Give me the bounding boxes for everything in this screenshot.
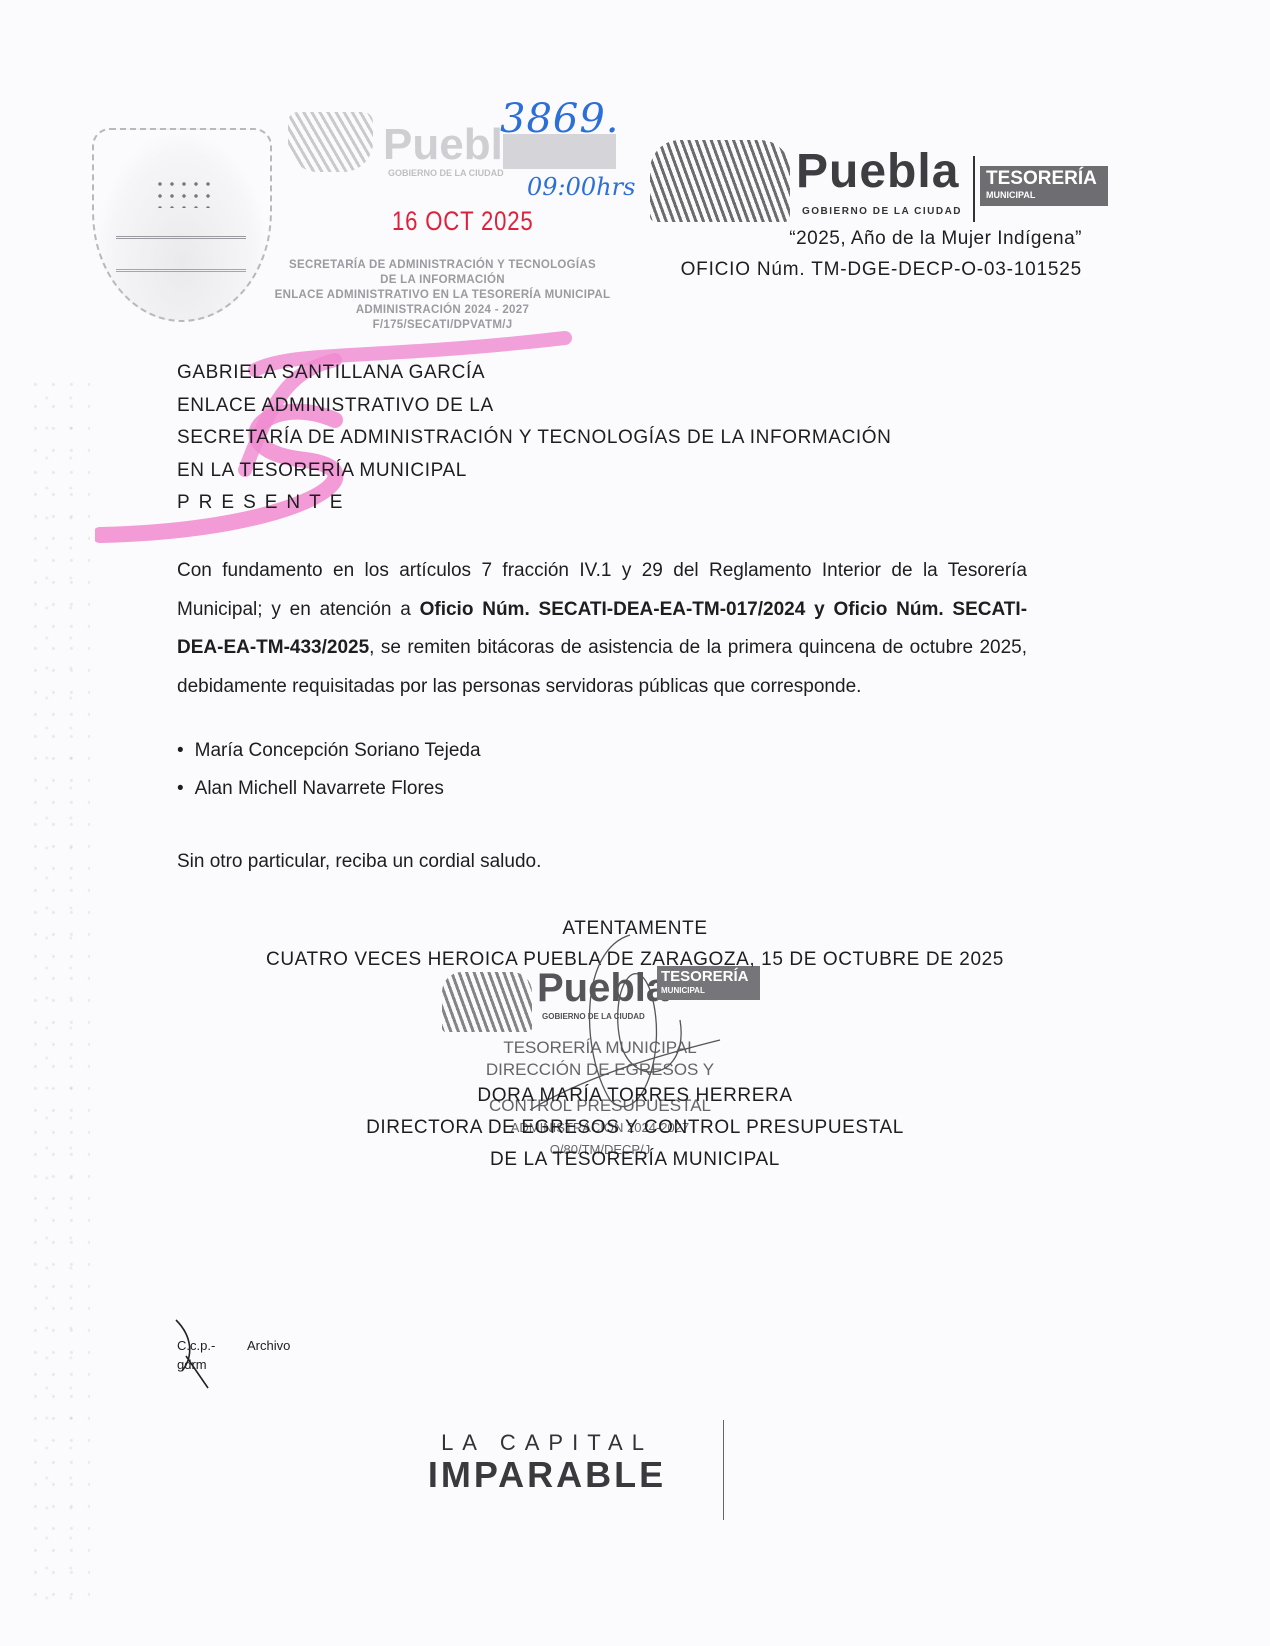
logo-subtitle: GOBIERNO DE LA CIUDAD <box>542 1012 645 1021</box>
signer-name: DORA MARÍA TORRES HERRERA <box>0 1080 1270 1112</box>
year-motto: “2025, Año de la Mujer Indígena” <box>700 228 1082 250</box>
atentamente-label: ATENTAMENTE <box>0 918 1270 940</box>
badge-title: TESORERÍA <box>986 168 1097 190</box>
body-paragraph: Con fundamento en los artículos 7 fracci… <box>177 552 1027 706</box>
closing-line: Sin otro particular, reciba un cordial s… <box>177 851 541 873</box>
addressee-name: GABRIELA SANTILLANA GARCÍA <box>177 357 892 390</box>
tesoreria-badge: TESORERÍA MUNICIPAL <box>657 966 760 1000</box>
logo-wordmark: Puebla <box>537 966 668 1011</box>
puebla-tesoreria-logo: Puebla GOBIERNO DE LA CIUDAD TESORERÍA M… <box>650 140 1110 230</box>
crest-waves <box>116 236 246 272</box>
city-crest-emblem <box>92 128 272 322</box>
addressee-block: GABRIELA SANTILLANA GARCÍA ENLACE ADMINI… <box>177 357 892 520</box>
signer-block: DORA MARÍA TORRES HERRERA DIRECTORA DE E… <box>0 1080 1270 1176</box>
list-item: María Concepción Soriano Tejeda <box>177 732 481 770</box>
badge-subtitle: MUNICIPAL <box>986 190 1035 200</box>
logo-subtitle: GOBIERNO DE LA CIUDAD <box>802 206 962 217</box>
oficio-number: OFICIO Núm. TM-DGE-DECP-O-03-101525 <box>620 259 1082 281</box>
addressee-line: ENLACE ADMINISTRATIVO DE LA <box>177 390 892 423</box>
seal-line: TESORERÍA MUNICIPAL <box>430 1037 770 1059</box>
crest-dots <box>154 178 214 208</box>
footer-divider <box>723 1420 724 1520</box>
handwritten-folio: 3869. <box>500 96 620 142</box>
stamp-line: F/175/SECATI/DPVATM/J <box>270 318 615 333</box>
oficio-reference: Oficio Núm. SECATI-DEA-EA-TM-017/2024 <box>420 599 806 620</box>
stamp-line: SECRETARÍA DE ADMINISTRACIÓN Y TECNOLOGÍ… <box>270 258 615 273</box>
logo-subtitle: GOBIERNO DE LA CIUDAD <box>388 168 504 178</box>
puebla-logo-art-icon <box>650 140 790 222</box>
badge-subtitle: MUNICIPAL <box>661 986 705 995</box>
slogan-line-2: IMPARABLE <box>402 1454 692 1496</box>
logo-wordmark: Puebla <box>796 144 959 199</box>
people-list: María Concepción Soriano Tejeda Alan Mic… <box>177 732 481 808</box>
list-item: Alan Michell Navarrete Flores <box>177 770 481 808</box>
cc-recipient: Archivo <box>247 1336 290 1355</box>
handwritten-time: 09:00hrs <box>527 173 635 201</box>
badge-title: TESORERÍA <box>661 968 749 985</box>
signer-title: DIRECTORA DE EGRESOS Y CONTROL PRESUPUES… <box>0 1112 1270 1144</box>
addressee-line: SECRETARÍA DE ADMINISTRACIÓN Y TECNOLOGÍ… <box>177 422 892 455</box>
presente-label: PRESENTE <box>177 487 892 520</box>
cc-label: C.c.p.- <box>177 1336 215 1355</box>
stamp-line: ENLACE ADMINISTRATIVO EN LA TESORERÍA MU… <box>270 288 615 303</box>
seal-logo: Puebla GOBIERNO DE LA CIUDAD TESORERÍA M… <box>442 960 772 1040</box>
cc-block: C.c.p.- gdrm Archivo <box>177 1336 215 1374</box>
addressee-line: EN LA TESORERÍA MUNICIPAL <box>177 455 892 488</box>
stamp-line: ADMINISTRACIÓN 2024 - 2027 <box>270 303 615 318</box>
received-date-stamp: 16 OCT 2025 <box>392 206 534 237</box>
scan-speckle-border <box>30 380 90 1600</box>
cc-initials: gdrm <box>177 1355 215 1374</box>
received-stamp-text: SECRETARÍA DE ADMINISTRACIÓN Y TECNOLOGÍ… <box>270 258 615 333</box>
signer-title: DE LA TESORERÍA MUNICIPAL <box>0 1144 1270 1176</box>
puebla-logo-art-icon <box>442 972 532 1032</box>
logo-divider <box>973 156 975 222</box>
seal-line: DIRECCIÓN DE EGRESOS Y <box>430 1059 770 1081</box>
stamp-line: DE LA INFORMACIÓN <box>270 273 615 288</box>
footer-slogan: LA CAPITAL IMPARABLE <box>402 1430 692 1496</box>
slogan-line-1: LA CAPITAL <box>402 1430 692 1456</box>
tesoreria-badge: TESORERÍA MUNICIPAL <box>980 166 1108 206</box>
body-text: y <box>805 599 833 620</box>
puebla-logo-art-icon <box>288 112 373 172</box>
